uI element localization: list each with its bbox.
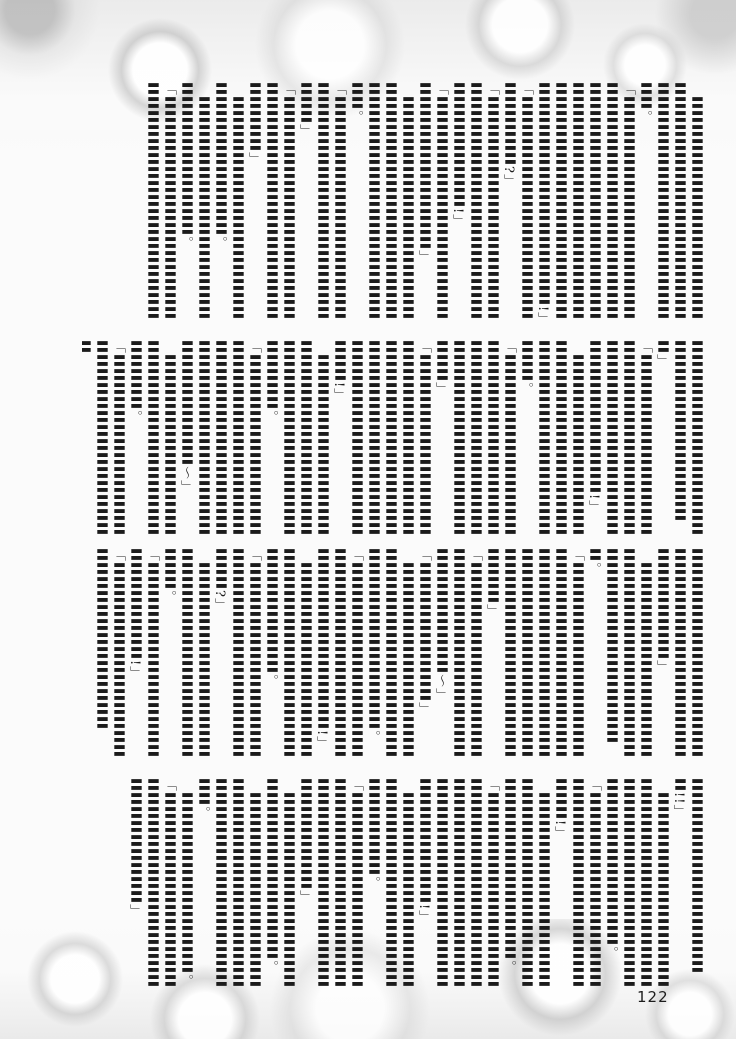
paragraph: 「〓〓〓〓〓〓〓〓〓〓〓〓〓〓〓〓〓〓〓〓〓〓〓〓〓〓〓	[92, 548, 126, 764]
paragraph: 「〓〓〓〓〓〓〓〓〓〓〓〓〓〓〓〓〓〓〓〓〓〓〓〓〓〓〓〓〓〓〓〓〓〓〓〓〓〓〜…	[432, 548, 483, 764]
text-band: 〓〓〓〓〓〓〓〓〓〓〓〓〓〓〓!!」 〓〓〓〓〓〓〓〓〓〓〓〓〓〓〓〓〓〓〓〓〓…	[82, 778, 704, 990]
paragraph: 〓〓〓〓〓〓〓〓〓〓〓〓〓〓〓〓〓〓〓〓〓〓〓〓〓〓〓〓〓〓〓〓〓〓〓〓〓〓〓〓…	[517, 340, 585, 538]
text-band: 〓〓〓〓〓〓〓〓〓〓〓〓〓〓〓〓〓〓〓〓〓〓〓〓〓〓〓〓〓〓〓〓〓〓〓〓〓〓」 …	[82, 548, 704, 764]
text-band: 〓〓〓〓〓〓〓〓〓〓〓〓〓〓〓〓〓〓〓〓〓〓〓〓〓〓〓〓〓〓〓〓〓〓〓〓〓〓〓〓…	[82, 82, 704, 330]
paragraph: 〓〓〓〓〓〓〓〓〓〓〓〓〓〓〓〓〓〓〓〓〓〓〓〓〓〓〓〓〓〓〓〓〓〓〓〓〓〓〓〓…	[636, 82, 704, 330]
paragraph: 「〓〓〓〓〓〓〓〓〓〓〓〓〓〓〓〓〓〓〓〓〓〓〓〓〓〓〓〓〓〓〓〓〓〓〓〓〓〓〓…	[296, 778, 364, 990]
paragraph: 〓〓〓〓〓〓〓〓〓〓〓〓〓〓〓!!」	[670, 778, 704, 990]
paragraph: 「〓〓〓〓〓〓〓〓〓〓〓〓〓〓〓〓〓〓〓〓〓〓〓〓〓〓〓〓〓〓〓〓〓〓〓〓〓〓」	[126, 778, 177, 990]
paragraph: 〓〓〓〓〓〓〓〓〓〓〓〓〓〓〓〓〓〓〓〓〓〓〓〓〓〓〓〓〓〓〓〓〓〓〓〓〓〓〓〓…	[500, 778, 551, 990]
paragraph: 〓〓〓〓〓〓〓〓〓〓〓〓〓〓〓〓〓〓〓〓〓〓〓〓〓〓〓〓〓〓〓〓〓〓〓〓〓〓。	[262, 548, 313, 764]
paragraph: 〓〓〓〓〓〓〓〓〓〓〓〓〓。	[177, 778, 194, 990]
paragraph: 〓〓〓〓〓〓〓〓〓〓〓〓〓〓〓〓〓〓〓〓〓〓〓〓〓〓〓〓〓〓〓〓〓〓〓〓〓〓」	[653, 548, 704, 764]
paragraph: 〓〓〓〓〓〓〓〓〓〓〓〓〓〓〓〓〓〓〓〓〓〓〓〓〓〓〓。	[177, 82, 211, 330]
paragraph: 〓〓〓〓〓〓〓〓〓〓〓〓〓〓〓〓〓〓〓〓〓〓〓〓〓〓〓〓〓〓〓〓〓〓〓〓〓〓〓〓…	[364, 548, 415, 764]
paragraph: 〓〓〓〓〓〓〓〓〓〓〓〓〓〓〓〓〓〓〓〓〓〓〓〓〓〓〓。	[262, 778, 296, 990]
paragraph: 「〓〓〓〓〓〓〓〓〓〓〓〓〓〓〓〓〓〓〓〓〓〓〓〓〓〓〓〓〓〓〓〓〓〓〓〓〓〓〓…	[432, 340, 517, 538]
paragraph: 「〓〓〓〓〓〓〓〓〓〓〓〓〓〓〓〓〓〓〓〓〓〓〓〓〓〓〓〓〓〓〓〓!」	[551, 778, 602, 990]
paragraph: 「〓〓〓〓〓〓〓〓〓〓〓〓〓〓〓〓〓〓〓〓〓〓〓〓〓〓〓〓〓〓〓〓〓〓〓〓〓〓〓…	[585, 340, 653, 538]
paragraph: 〓〓〓〓〓〓〓〓〓〓〓〓〓〓〓〓〓〓〓〓〓〓〓〓〓〓〓〓〓〓〓〓〓〓〓〓〓〓〓〓…	[194, 778, 262, 990]
paragraph: 「〓〓〓〓〓〓〓〓〓〓〓〓〓〓〓〓〓〓〓〓〓〓〓〓〓〓〓〓〓〓〓〓〓〓〓〓〓〓〓…	[534, 82, 636, 330]
paragraph: 〓〓〓〓〓〓〓〓〓〓〓〓〓〓〓〓〓〓〓〓〓〓〓〓〓〓〓〓〓〓〓〓〓〓〓〓〓〓〓〓…	[262, 340, 330, 538]
paragraph: 「〓〓〓〓〓〓〓〓〓〓〓〓〓〓〓〓〓〓〓〓〓〓〓〓〓〓〓〓〓〓〓〓〓〓〓〓〓〓〓…	[415, 778, 500, 990]
paragraph: 〓〓〓〓〓〓〓〓〓〓〓〓〓〓〓〓〓〓〓〓〓〓〓〓〓〓〓〓」	[653, 340, 704, 538]
paragraph: 「〓〓〓〓〓〓〓〓〓〓〓〓〓〓〓〓〓〓〓〓〓〓〓〓〓〓〓〓	[82, 340, 126, 538]
paragraph: 〓〓〓〓〓〓〓〓〓〓〓〓〓〓〓〓〓〓〓〓〓〓〓〓〓〓〓〓〓〓〓〓。	[126, 340, 177, 538]
paragraph: 「〓〓〓〓〓〓〓〓〓〓〓〓〓〓〓〓〓〓〓〓〓〓〓〓〓〓〓〓〓〓〓〓〓〓〓〓」	[296, 82, 347, 330]
paragraph: 〓〓〓〓〓〓〓〓〓〓〓〓〓〓〓〓〓〓〓〓〓〓〓〓〓〓〓〓〓〓〓〓〓〓〓〓〓〓〓〓…	[602, 778, 670, 990]
paragraph: 「〓〓〓〓〓〓〓〓〓〓〓〓〓〓〓〓〓〓〓〓〓〓〓〓〓〓〓〓〓〓〓〓〓	[143, 82, 177, 330]
paragraph: 「〓〓〓〓〓〓〓〓〓〓〓〓〓〓〓〓〓〓〓〓〓〓〓〓〓〓〓〓〓〓〓〓〓〓〓〓〓〓〓…	[313, 548, 364, 764]
paragraph: 「〓〓〓〓〓〓〓〓〓〓〓〓〓〓〓〓〓〓〓〓〓〓〓〓〓〓〓〓」	[415, 82, 449, 330]
paragraph: 「〓〓〓〓〓〓〓〓〓〓〓〓〓〓〓〓〓〓〓〓〓〓〓〓〓〓〓〓〓〓〓〓〓〓〓〓〓〓〓…	[330, 340, 432, 538]
page-number: 122	[637, 988, 669, 1006]
paragraph: 〓〓〓〓〓〓〓〓〓〓〓〓〓〓〓〓〓〓〓〓〓〓〓〓〓〓〓。	[211, 82, 245, 330]
paragraph: 「〓〓〓〓〓〓〓〓〓〓〓〓〓〓〓〓〓〓〓〓〓〓〓〓〓〓〓〓〓〓〓〓〓〓〓〓〓〓〓…	[483, 548, 585, 764]
paragraph: 「〓〓〓〓〓〓〓〓〓〓〓〓〓〓〓〓〓〓〓〓〓〓〓〓〓〓〓〓〓〓〓〓?」	[211, 548, 262, 764]
paragraph: 「〓〓〓〓〓〓〓〓〓〓〓〓〓〓〓〓〓〓〓〓〓〓〓〓〓〓〓〓〓〓〓〓〓〓〓〓〓〓〓…	[449, 82, 500, 330]
paragraph: 「〓〓〓〓〓〓〓〓〓〓〓〓〓〓〓〓〓〓〓〓〓〓〓〓〓〓〓〓〓〓〓〓〓〓〓〓〓〓」	[245, 82, 296, 330]
paragraph: 「〓〓〓〓〓〓〓〓〓〓」	[415, 548, 432, 764]
paragraph: 〓〓〓〓〓〓〓〓〓〓〓〓〓〓〓〓〓〓〓〓〓〓〓〓〓〓〓〓〓〓〓〓〓〓〓〓。	[364, 778, 415, 990]
text-band: 〓〓〓〓〓〓〓〓〓〓〓〓〓〓〓〓〓〓〓〓〓〓〓〓〓〓〓〓」「〓〓〓〓〓〓〓〓〓〓…	[82, 340, 704, 538]
paragraph: 「〓〓〓〓〓〓〓〓〓〓〓〓〓〓〓〓〓〓〓〓〓〓!」	[126, 548, 160, 764]
paragraph: 〓〓〓〓〓〓〓〓〓〓〓〓〓〓〓〓〓〓〓〓〓〓〓〓〓〓〓〓〓〓〓〓〓〓〓〓〓〓〓〓…	[347, 82, 415, 330]
paragraph: 〓〓〓〓〓〓〓〓〓〓〓〓〓〓〓〓〓〓〓〓〓〓〓〓〓〓〓〓〓〓〓〓〓〓〓〓〓〓〓〓…	[585, 548, 653, 764]
paragraph: 「〓〓〓〓〓〓〓〓〓〓〓〓〓〓〓〓〓〓〓〓〓〓?」	[500, 82, 534, 330]
paragraph: 〓〓〓〓〓〓〓〓〓〓〓〓〓〓〓〓〓〓〓〓〓〓〓〓〓〓〓〓〓〓〓〓。	[160, 548, 211, 764]
paragraph: 「〓〓〓〓〓〓〓〓〓〓〓〓〓〓〓〓〓〓〓〓〓〓〓〓〓〓〓〓〓〓〓〓〓〓〓〓〓〓〓…	[177, 340, 262, 538]
